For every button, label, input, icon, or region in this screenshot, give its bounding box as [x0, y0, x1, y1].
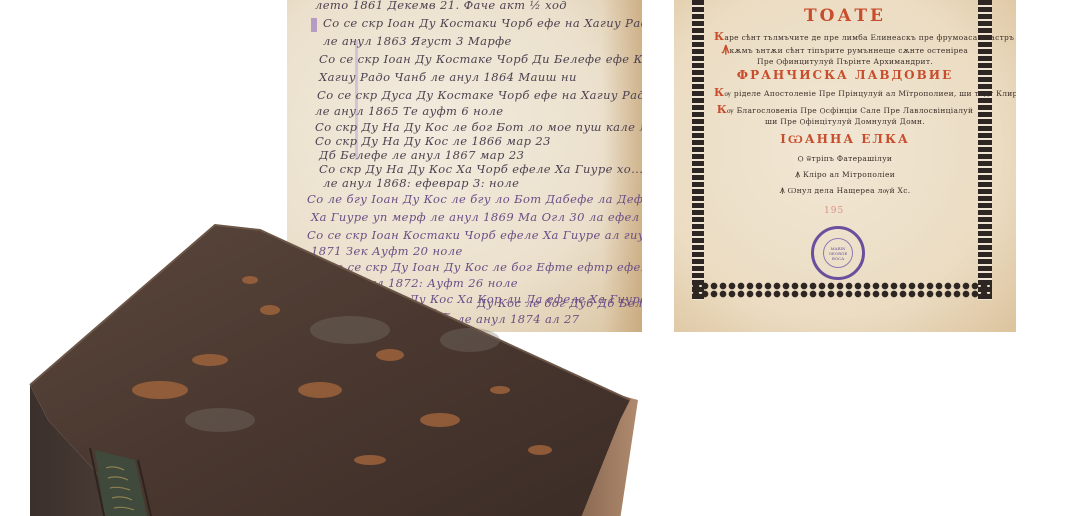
- printed-text: аре сѣнт тълмъчите де пре лимба Елинеаск…: [724, 33, 1016, 42]
- manuscript-line: лето 1861 Декемв 21. Фаче акт ½ ход: [315, 0, 567, 12]
- manuscript-line: Со ле бгу Ioан Ду Кос ле бгу ло Бот Дабе…: [307, 192, 642, 206]
- printed-line: Ꙟ Кліро ал Мітрополіеи: [714, 170, 976, 180]
- manuscript-line: Со се скр Дуса Ду Костаке Чорб ефе на Ха…: [317, 88, 642, 102]
- printed-line: Ꙟкѫмъ ънтѫи сѣнт тіпърите румъннеще сѫнт…: [714, 44, 976, 67]
- ink-mark: [311, 18, 317, 32]
- manuscript-line: Дб Белефе ле анул 1867 мар 23: [319, 148, 524, 162]
- section-heading: ІѠАННА ЕЛКА: [714, 132, 976, 147]
- manuscript-line: Со скр Ду На Ду Кос ле бог Бот ло мое пу…: [315, 120, 642, 134]
- printed-text: ѹ ріделе Апостоленіе Пре Прінцулуй ал Мї…: [724, 89, 1016, 98]
- printed-text: кѫмъ ънтѫи сѣнт тіпърите румъннеще сѫнте…: [730, 46, 969, 66]
- printed-line: Ꙟ Ѡнул дела Нащереа лѹй Хс.: [714, 186, 976, 196]
- manuscript-line: Со скр Ду На Ду Кос ле 1866 мар 23: [315, 134, 551, 148]
- manuscript-line: Со се скр Ioан Ду Костаке Чорб Ди Белефе…: [319, 52, 642, 66]
- printed-line: Каре сѣнт тълмъчите де пре лимба Елинеас…: [714, 30, 976, 43]
- manuscript-line: ле анул 1863 Ягуст 3 Марфе: [323, 34, 512, 48]
- printed-title-page: ТОАТЕ Каре сѣнт тълмъчите де пре лимба Е…: [674, 0, 1016, 332]
- printed-line: Кѹ ріделе Апостоленіе Пре Прінцулуй ал М…: [714, 86, 976, 99]
- leather-bound-book: [20, 220, 660, 516]
- drop-cap: К: [714, 30, 724, 43]
- manuscript-line: Со се скр Ioан Ду Костаки Чорб ефе на Ха…: [323, 16, 642, 30]
- library-stamp: MARIN GEORGE BOCA: [811, 226, 865, 280]
- catalog-number: 195: [824, 206, 844, 216]
- stamp-text: MARIN: [829, 246, 848, 251]
- printed-line: Ѻ ѿтріпъ Фатерашілуи: [714, 154, 976, 163]
- ornamental-border-left: [692, 0, 704, 300]
- drop-cap: Ꙟ: [722, 43, 730, 56]
- printed-text: ѹ Благословеніа Пре Ѻсфінціи Сале Пре Ла…: [727, 106, 973, 126]
- ornamental-border-right: [978, 0, 992, 300]
- drop-cap: К: [714, 86, 724, 99]
- manuscript-line: Со скр Ду На Ду Кос Ха Чорб ефеле Ха Гиу…: [319, 162, 642, 176]
- printed-line: Кѹ Благословеніа Пре Ѻсфінціи Сале Пре Л…: [714, 104, 976, 127]
- ornamental-border-bottom: [692, 282, 992, 298]
- section-heading: ФРАНЧИСКА ЛАВДОВИЕ: [714, 68, 976, 82]
- manuscript-line: ле анул 1868: ефеврар 3: ноле: [323, 176, 519, 190]
- manuscript-line: ле анул 1865 Те ауфт 6 ноле: [315, 104, 503, 118]
- book-illustration: [20, 220, 660, 516]
- stamp-center: MARIN GEORGE BOCA: [823, 238, 853, 268]
- page-title: ТОАТЕ: [714, 6, 976, 26]
- manuscript-line: Хагиу Радо Чанб ле анул 1864 Маиш ни: [319, 70, 577, 84]
- stamp-text: BOCA: [829, 256, 848, 261]
- drop-cap: К: [717, 103, 727, 116]
- stamp-text: GEORGE: [829, 251, 848, 256]
